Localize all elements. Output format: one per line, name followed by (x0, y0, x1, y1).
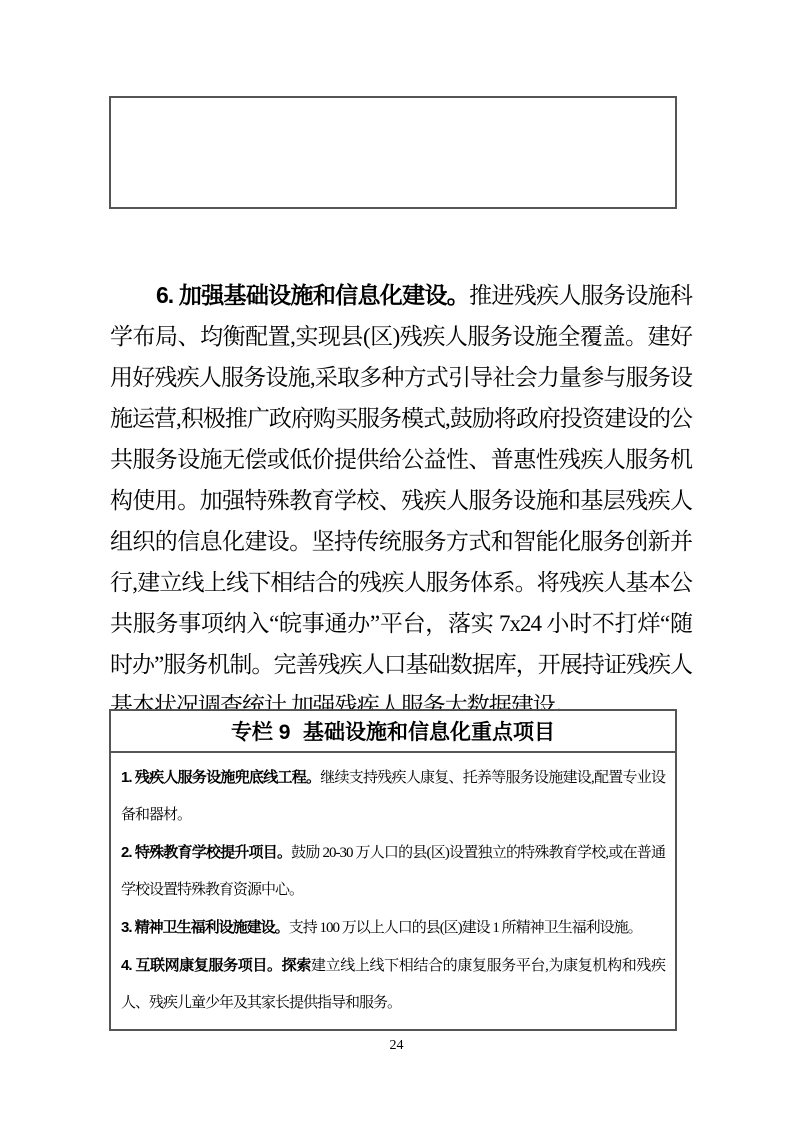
column-item-3-body: 支持 100 万以上人口的县(区)建设 1 所精神卫生福利设施。 (289, 920, 642, 936)
column-item-4: 4. 互联网康复服务项目。探索建立线上线下相结合的康复服务平台,为康复机构和残疾… (121, 947, 665, 1022)
column-9-header: 专栏 9 基础设施和信息化重点项目 (111, 711, 675, 753)
document-page: 6. 加强基础设施和信息化建设。推进残疾人服务设施科学布局、均衡配置,实现县(区… (0, 0, 793, 1122)
paragraph-body: 推进残疾人服务设施科学布局、均衡配置,实现县(区)残疾人服务设施全覆盖。建好用好… (110, 283, 692, 718)
column-9-title: 基础设施和信息化重点项目 (303, 716, 555, 746)
column-item-3-lead: 3. 精神卫生福利设施建设。 (121, 919, 289, 936)
column-item-3: 3. 精神卫生福利设施建设。支持 100 万以上人口的县(区)建设 1 所精神卫… (121, 909, 665, 947)
column-item-1-lead: 1. 残疾人服务设施兜底线工程。 (121, 769, 320, 786)
column-item-2-lead: 2. 特殊教育学校提升项目。 (121, 844, 291, 861)
column-item-4-lead: 4. 互联网康复服务项目。探索 (121, 957, 311, 974)
column-item-2: 2. 特殊教育学校提升项目。鼓励 20-30 万人口的县(区)设置独立的特殊教育… (121, 834, 665, 909)
column-9-label: 专栏 9 (231, 716, 291, 746)
body-paragraph: 6. 加强基础设施和信息化建设。推进残疾人服务设施科学布局、均衡配置,实现县(区… (110, 275, 692, 726)
paragraph-lead: 6. 加强基础设施和信息化建设。 (156, 282, 469, 308)
column-item-1: 1. 残疾人服务设施兜底线工程。继续支持残疾人康复、托养等服务设施建设,配置专业… (121, 759, 665, 834)
column-9-box: 专栏 9 基础设施和信息化重点项目 1. 残疾人服务设施兜底线工程。继续支持残疾… (109, 709, 677, 1031)
column-9-body: 1. 残疾人服务设施兜底线工程。继续支持残疾人康复、托养等服务设施建设,配置专业… (111, 753, 675, 1029)
empty-figure-box (109, 96, 677, 209)
page-number: 24 (0, 1038, 793, 1054)
